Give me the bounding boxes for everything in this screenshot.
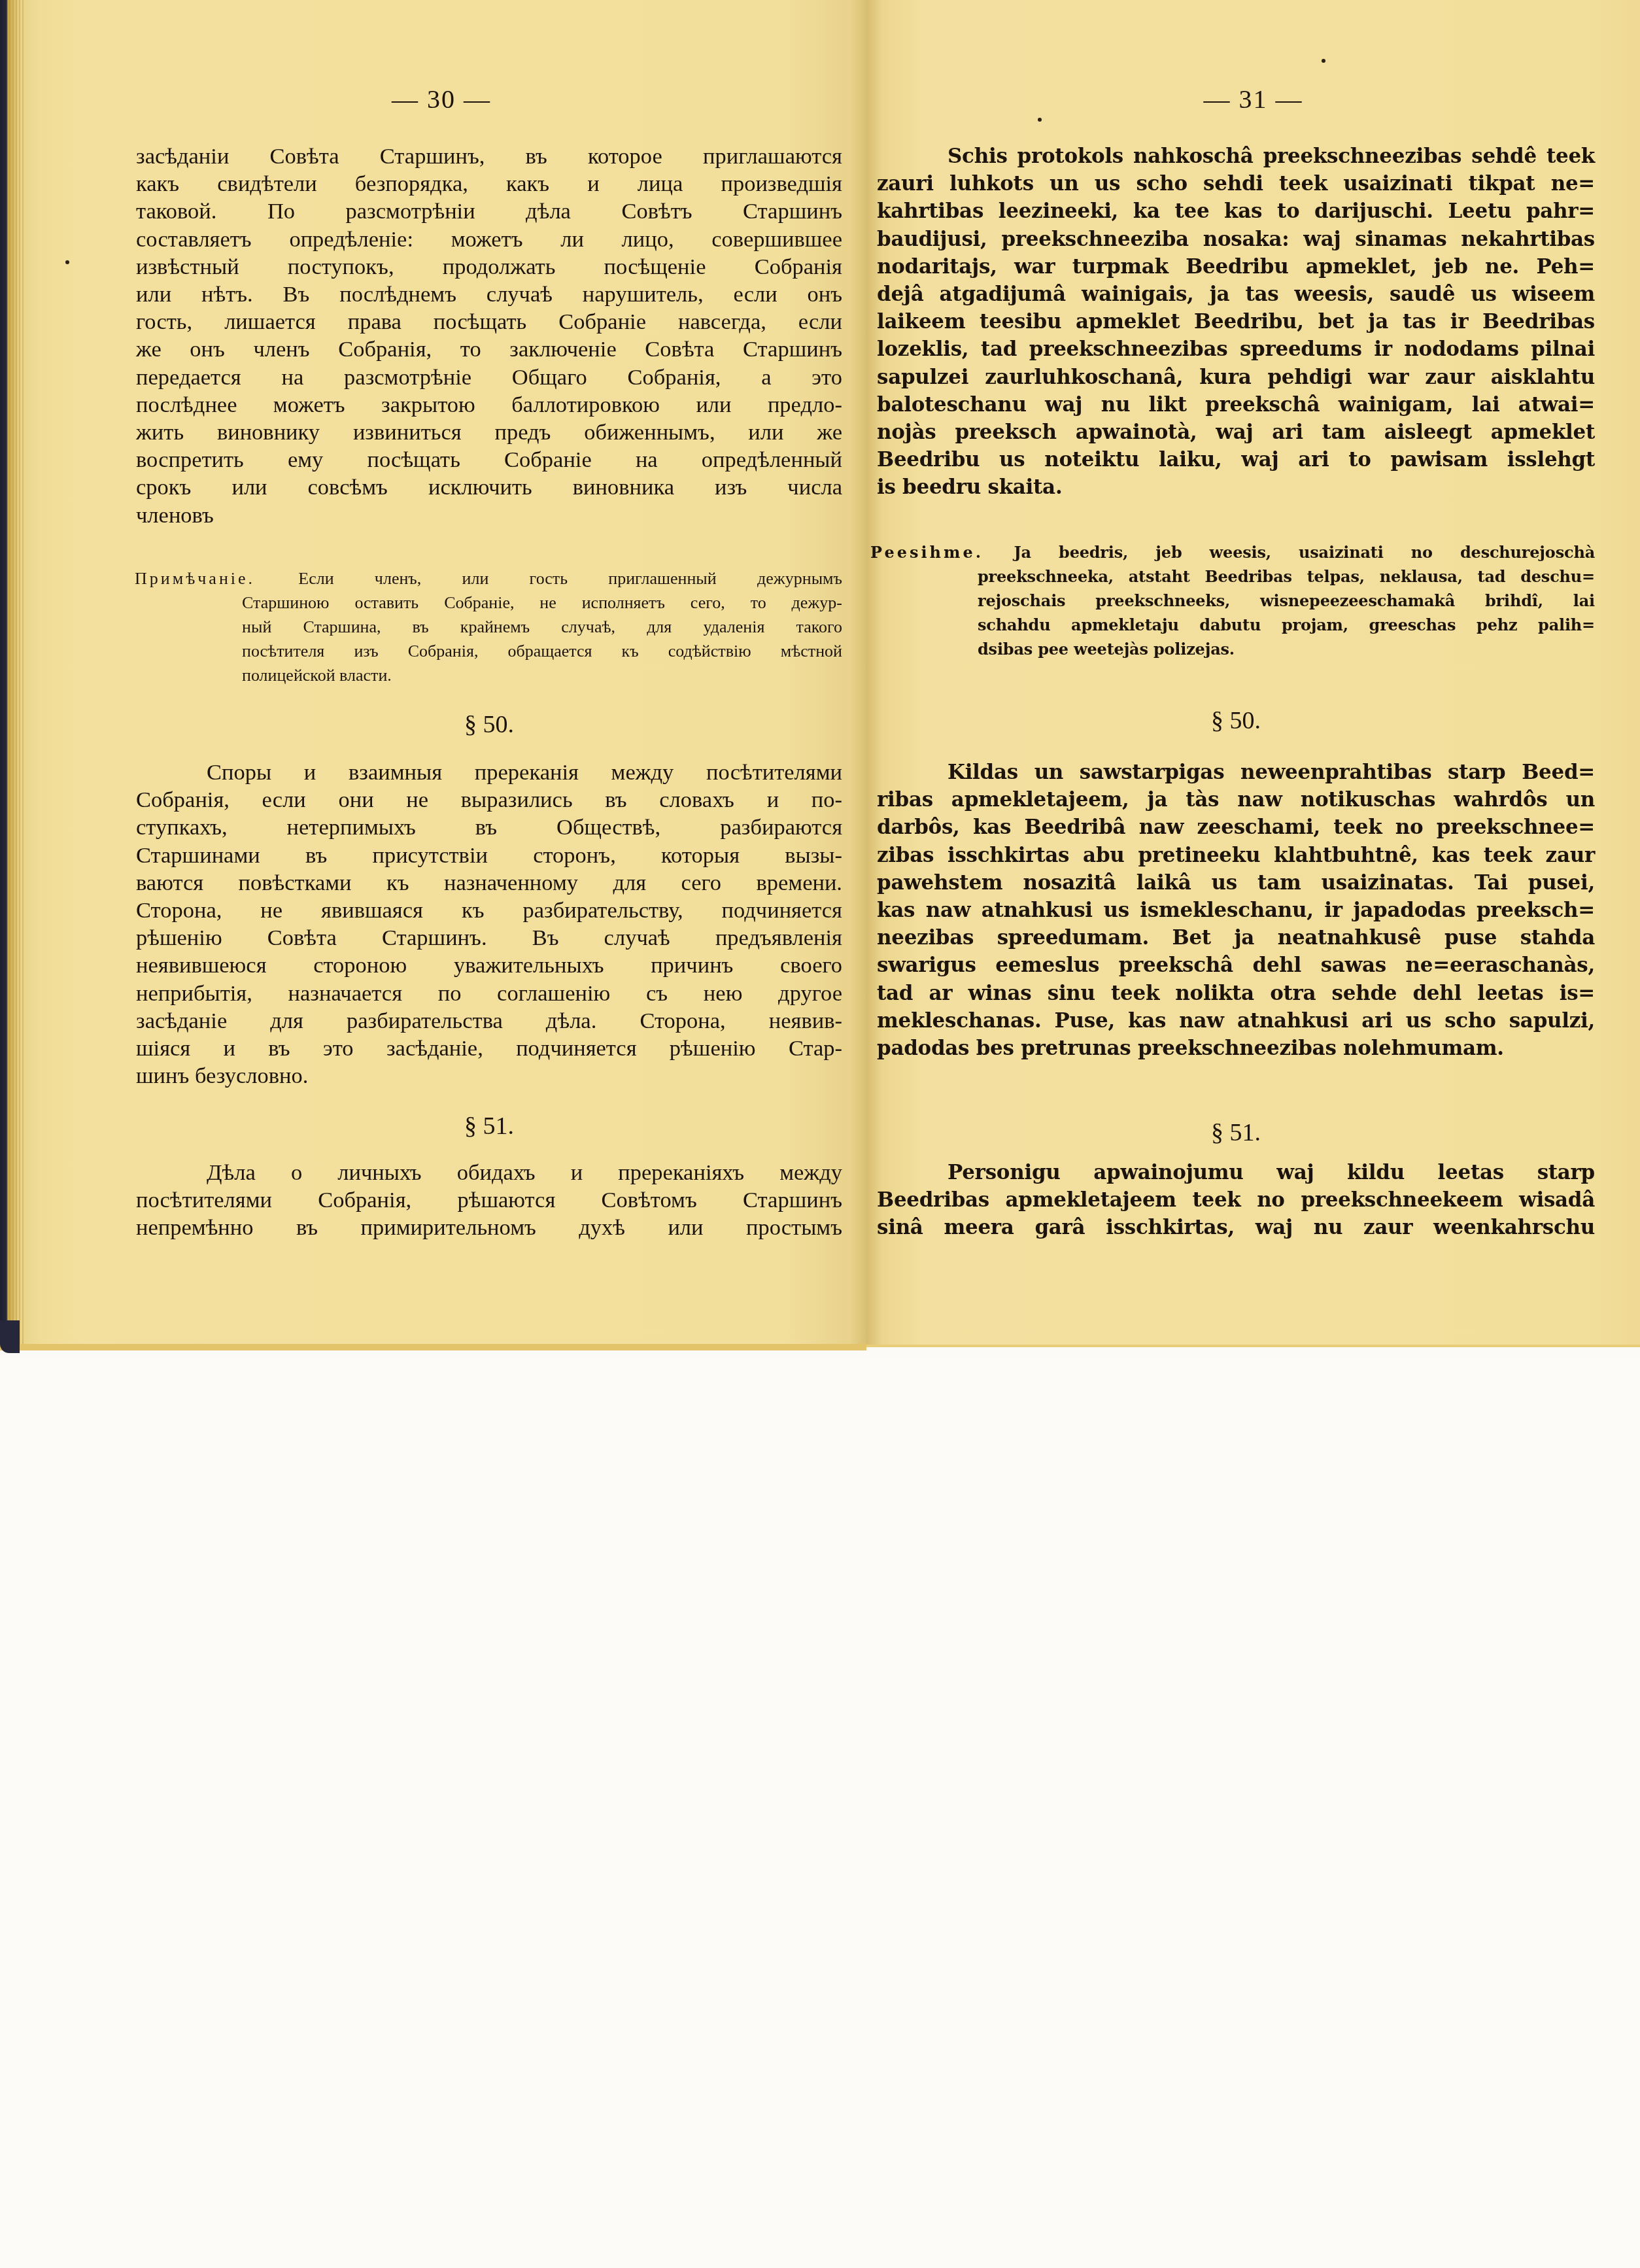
left-page: — 30 — засѣданіи Совѣта Старшинъ, въ кот… (0, 0, 866, 1350)
text-line: Beedribu us noteiktu laiku, waj ari to p… (877, 446, 1595, 473)
text-line: послѣднее можетъ закрытою баллотировкою … (136, 391, 842, 419)
text-line: Собранія, если они не выразились въ слов… (136, 786, 842, 814)
text-line: членовъ (136, 502, 842, 529)
text-line: засѣданіе для разбирательства дѣла. Стор… (136, 1007, 842, 1035)
text-line: dejâ atgadijumâ wainigais, ja tas weesis… (877, 281, 1595, 308)
text-line: засѣданіи Совѣта Старшинъ, въ которое пр… (136, 143, 842, 170)
text-line: составляетъ опредѣленіе: можетъ ли лицо,… (136, 226, 842, 253)
text-line: ваются повѣстками къ назначенному для се… (136, 869, 842, 897)
note-line: Примѣчаніе. Если членъ, или гость пригла… (135, 566, 842, 591)
right-note: Peesihme. Ja beedris, jeb weesis, usaizi… (897, 540, 1595, 661)
note-line: schahdu apmekletaju dabutu projam, grees… (897, 613, 1595, 637)
text-line: непремѣнно въ примирительномъ духѣ или п… (136, 1214, 842, 1241)
note-line: Peesihme. Ja beedris, jeb weesis, usaizi… (870, 540, 1595, 564)
text-line: padodas bes pretrunas preekschneezibas n… (877, 1035, 1595, 1062)
right-section-50-text: Kildas un sawstarpigas neweenprahtibas s… (877, 759, 1595, 1062)
note-label: Примѣчаніе. (135, 569, 298, 588)
text-line: zibas isschkirtas abu pretineeku klahtbu… (877, 842, 1595, 869)
text-line: darbôs, kas Beedribâ naw zeeschami, teek… (877, 814, 1595, 841)
note-line: preekschneeka, atstaht Beedribas telpas,… (897, 564, 1595, 589)
page-number-right: — 31 — (866, 84, 1640, 114)
left-paragraph-continuation: засѣданіи Совѣта Старшинъ, въ которое пр… (136, 143, 842, 529)
text-line: Schis protokols nahkoschâ preekschneezib… (877, 143, 1595, 170)
text-line: tad ar winas sinu teek nolikta otra sehd… (877, 980, 1595, 1007)
note-line: ный Старшина, въ крайнемъ случаѣ, для уд… (161, 615, 842, 639)
text-line: Kildas un sawstarpigas neweenprahtibas s… (877, 759, 1595, 786)
speck (1322, 59, 1325, 63)
text-line: neezibas spreedumam. Bet ja neatnahkusê … (877, 924, 1595, 952)
left-note: Примѣчаніе. Если членъ, или гость пригла… (161, 566, 842, 687)
text-line: срокъ или совсѣмъ исключить виновника из… (136, 473, 842, 501)
left-section-50-text: Споры и взаимныя пререканія между посѣти… (136, 759, 842, 1090)
text-line: посѣтителями Собранія, рѣшаются Совѣтомъ… (136, 1186, 842, 1214)
right-section-50-heading: § 50. (877, 706, 1595, 735)
note-text: Если членъ, или гость приглашенный дежур… (298, 569, 842, 588)
text-line: шинъ безусловно. (136, 1062, 842, 1090)
text-line: неприбытія, назначается по соглашенію съ… (136, 980, 842, 1007)
text-line: таковой. По разсмотрѣніи дѣла Совѣтъ Ста… (136, 198, 842, 225)
text-line: жить виновнику извиниться предъ обиженны… (136, 419, 842, 446)
text-line: mekleschanas. Puse, kas naw atnahkusi ar… (877, 1007, 1595, 1035)
text-line: Дѣла о личныхъ обидахъ и пререканіяхъ ме… (136, 1159, 842, 1186)
text-line: zauri luhkots un us scho sehdi teek usai… (877, 170, 1595, 198)
text-line: baloteschanu waj nu likt preekschâ waini… (877, 391, 1595, 419)
left-section-50-heading: § 50. (136, 710, 842, 739)
scanner-background (0, 1357, 1640, 2268)
text-line: же онъ членъ Собранія, то заключеніе Сов… (136, 335, 842, 363)
note-line: dsibas pee weetejàs polizejas. (897, 637, 1595, 661)
text-line: sinâ meera garâ isschkirtas, waj nu zaur… (877, 1214, 1595, 1241)
text-line: какъ свидѣтели безпорядка, какъ и лица п… (136, 170, 842, 198)
left-section-51-text: Дѣла о личныхъ обидахъ и пререканіяхъ ме… (136, 1159, 842, 1242)
page-number-left: — 30 — (0, 84, 863, 114)
text-line: ribas apmekletajeem, ja tàs naw notikusc… (877, 786, 1595, 814)
text-line: is beedru skaita. (877, 473, 1595, 501)
speck (65, 260, 69, 264)
note-line: Старшиною оставить Собраніе, не исполняе… (161, 591, 842, 615)
text-line: sapulzei zaurluhkoschanâ, kura pehdigi w… (877, 364, 1595, 391)
text-line: Beedribas apmekletajeem teek no preeksch… (877, 1186, 1595, 1214)
note-text: Ja beedris, jeb weesis, usaizinati no de… (1014, 543, 1595, 562)
text-line: kahrtibas leezineeki, ka tee kas to dari… (877, 198, 1595, 225)
text-line: шіяся и въ это засѣданіе, подчиняется рѣ… (136, 1035, 842, 1062)
text-line: nodaritajs, war turpmak Beedribu apmekle… (877, 253, 1595, 281)
text-line: baudijusi, preekschneeziba nosaka: waj s… (877, 226, 1595, 253)
text-line: laikeem teesibu apmeklet Beedribu, bet j… (877, 308, 1595, 335)
book-spread: — 30 — засѣданіи Совѣта Старшинъ, въ кот… (0, 0, 1640, 1357)
note-label: Peesihme. (870, 543, 1014, 562)
text-line: ступкахъ, нетерпимыхъ въ Обществѣ, разби… (136, 814, 842, 841)
text-line: lozeklis, tad preekschneezibas spreedums… (877, 335, 1595, 363)
text-line: Personigu apwainojumu waj kildu leetas s… (877, 1159, 1595, 1186)
text-line: Споры и взаимныя пререканія между посѣти… (136, 759, 842, 786)
text-line: гость, лишается права посѣщать Собраніе … (136, 308, 842, 335)
text-line: Сторона, не явившаяся къ разбирательству… (136, 897, 842, 924)
text-line: передается на разсмотрѣніе Общаго Собран… (136, 364, 842, 391)
text-line: swarigus eemeslus preekschâ dehl sawas n… (877, 952, 1595, 979)
text-line: рѣшенію Совѣта Старшинъ. Въ случаѣ предъ… (136, 924, 842, 952)
text-line: или нѣтъ. Въ послѣднемъ случаѣ нарушител… (136, 281, 842, 308)
right-paragraph-continuation: Schis protokols nahkoschâ preekschneezib… (877, 143, 1595, 502)
text-line: kas naw atnahkusi us ismekleschanu, ir j… (877, 897, 1595, 924)
text-line: воспретить ему посѣщать Собраніе на опре… (136, 446, 842, 473)
note-line: посѣтителя изъ Собранія, обращается къ с… (161, 639, 842, 663)
note-line: полицейской власти. (161, 663, 842, 687)
left-section-51-heading: § 51. (136, 1112, 842, 1141)
note-line: rejoschais preekschneeks, wisnepeezeesch… (897, 589, 1595, 613)
text-line: неявившеюся стороною уважительныхъ причи… (136, 952, 842, 979)
right-page: — 31 — Schis protokols nahkoschâ preeksc… (866, 0, 1640, 1347)
right-section-51-text: Personigu apwainojumu waj kildu leetas s… (877, 1159, 1595, 1242)
text-line: Старшинами въ присутствіи сторонъ, котор… (136, 842, 842, 869)
text-line: nojàs preeksch apwainotà, waj ari tam ai… (877, 419, 1595, 446)
text-line: pawehstem nosazitâ laikâ us tam usaizina… (877, 869, 1595, 897)
speck (1038, 118, 1042, 122)
right-section-51-heading: § 51. (877, 1118, 1595, 1147)
text-line: извѣстный поступокъ, продолжать посѣщені… (136, 253, 842, 281)
